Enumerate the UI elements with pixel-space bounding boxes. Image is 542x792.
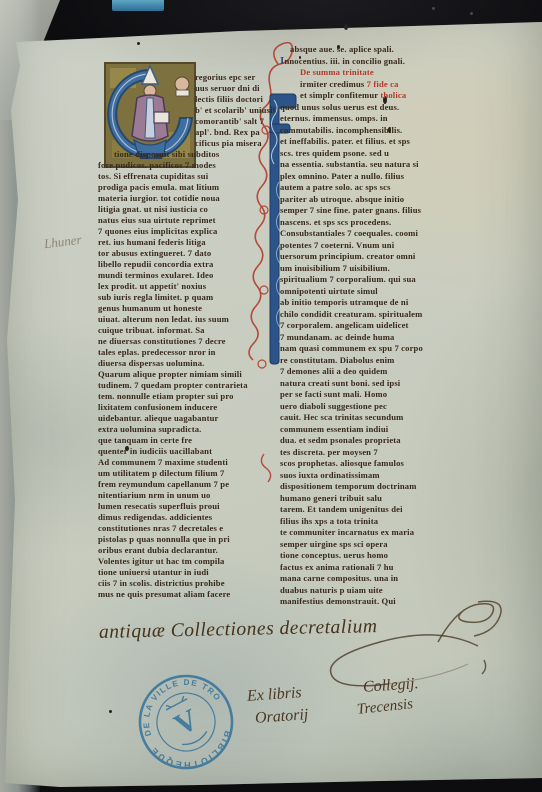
manuscript-line: 7 corporalem. angelicam uidelicet <box>280 320 440 332</box>
manuscript-line: uersorum principium. creator omni <box>280 251 440 263</box>
manuscript-line: scs. tres quidem psone. sed u <box>280 148 440 160</box>
ink-speck <box>344 24 348 30</box>
left-text-column: regorius epc seruus seruor dni dilectis … <box>98 72 270 600</box>
manuscript-line: Ad communem 7 maxime studenti <box>98 457 270 468</box>
manuscript-line: dispositionem temporum doctrinam <box>280 481 440 493</box>
manuscript-line: humano generi tribuit salu <box>280 493 440 505</box>
manuscript-line: commutabilis. incomphensibilis. <box>280 125 440 137</box>
manuscript-line: irmiter credimus 7 fide ca <box>300 79 440 91</box>
manuscript-line: pariter ab utroque. absque initio <box>280 194 440 206</box>
manuscript-line: tales eplas. predecessor nror in <box>98 347 270 358</box>
manuscript-line: manifestius demonstrauit. Qui <box>280 596 440 608</box>
manuscript-line: scos prophetas. aliosque famulos <box>280 458 440 470</box>
manuscript-line: nascens. et sps scs procedens. <box>280 217 440 229</box>
dust-speck <box>470 12 473 15</box>
manuscript-line: lixitatem confusionem inducere <box>98 402 270 413</box>
manuscript-line: uiuat. alterum non ledat. ius suum <box>98 314 270 325</box>
dust-speck <box>432 7 435 10</box>
manuscript-line: semper 7 sine fine. pater gnans. filius <box>280 205 440 217</box>
oval-flourish <box>318 632 498 712</box>
manuscript-line: um utilitatem p dilectum filium 7 <box>98 468 270 479</box>
manuscript-line: lex prodit. ut appetit' noxius <box>98 281 270 292</box>
manuscript-line: tarem. Et tandem unigenitus dei <box>280 504 440 516</box>
manuscript-line: comorantib' salt 7 <box>195 116 270 127</box>
manuscript-line: uus seruor dni di <box>195 83 270 94</box>
manuscript-line: extra uolumina supradicta. <box>98 424 270 435</box>
manuscript-line: prodiga pacis emula. mat litium <box>98 182 270 193</box>
manuscript-line: tem. nonnulle etiam propter sui pro <box>98 391 270 402</box>
manuscript-line: tudinem. 7 quedam propter contrarieta <box>98 380 270 391</box>
manuscript-line: Quarum alique propter nimiam simili <box>98 369 270 380</box>
manuscript-line: tos. Si effrenata cupiditas sui <box>98 171 270 182</box>
manuscript-line: uidebantur. alieque uagabantur <box>98 413 270 424</box>
manuscript-line: natus eius sua uirtute reprimet <box>98 215 270 226</box>
manuscript-line: De summa trinitate <box>300 67 440 79</box>
manuscript-line: libello repudii concordia extra <box>98 259 270 270</box>
manuscript-line: ciis 7 in scolis. districtius prohibe <box>98 578 270 589</box>
manuscript-line: et simplr confitemur tholica <box>300 90 440 102</box>
manuscript-line: constitutiones nras 7 decretales e <box>98 523 270 534</box>
manuscript-line: ret. ius humani federis litiga <box>98 237 270 248</box>
manuscript-line: communem essentiam indiui <box>280 424 440 436</box>
manuscript-line: quenter in iudiciis uacillabant <box>98 446 270 457</box>
manuscript-line: que tanquam in certe fre <box>98 435 270 446</box>
manuscript-line: re constitutam. Diabolus enim <box>280 355 440 367</box>
manuscript-line: eternus. immensus. omps. in <box>280 113 440 125</box>
manuscript-line: pistolas p quas nonnulla que in pri <box>98 534 270 545</box>
stamp-monogram: V <box>169 703 204 742</box>
manuscript-line: tione conceptus. uerus homo <box>280 550 440 562</box>
manuscript-line: cuique tribuat. informat. Sa <box>98 325 270 336</box>
manuscript-line: chilo condidit creaturam. spiritualem <box>280 309 440 321</box>
manuscript-line: genus humanum ut honeste <box>98 303 270 314</box>
manuscript-line: potentes 7 coeterni. Vnum uni <box>280 240 440 252</box>
manuscript-line: Consubstantiales 7 coequales. coomi <box>280 228 440 240</box>
manuscript-line: 7 demones alii a deo quidem <box>280 366 440 378</box>
manuscript-line: plex omnino. Pater a nullo. filius <box>280 171 440 183</box>
manuscript-line: cificus pia misera <box>195 138 270 149</box>
manuscript-line: lectis filiis doctori <box>195 94 270 105</box>
manuscript-line: suos iuxta ordinatissimam <box>280 470 440 482</box>
ex-libris-inscription-line1: Ex libris <box>246 684 302 706</box>
manuscript-line: tor abusus extingueret. 7 dato <box>98 248 270 259</box>
manuscript-line: tione disposuit sibi subditos <box>114 149 270 160</box>
manuscript-line: diuersa dispersas uolumina. <box>98 358 270 369</box>
manuscript-line: Volentes igitur ut hac tm compila <box>98 556 270 567</box>
ink-speck <box>137 42 140 45</box>
manuscript-line: et ineffabilis. pater. et filius. et sps <box>280 136 440 148</box>
manuscript-line: materia iurgior. tot cotidie noua <box>98 193 270 204</box>
manuscript-line: dua. et sedm psonales proprieta <box>280 435 440 447</box>
manuscript-line: per se facti sunt mali. Homo <box>280 389 440 401</box>
manuscript-line: nam quasi communem ex spu 7 corpo <box>280 343 440 355</box>
manuscript-line: absque aue. se. aplice spali. <box>290 44 440 56</box>
blue-bookmark-tab <box>112 0 164 11</box>
manuscript-line: ne diuersas constitutiones 7 decre <box>98 336 270 347</box>
manuscript-photo: regorius epc seruus seruor dni dilectis … <box>0 0 542 792</box>
manuscript-line: omnipotenti uirtute simul <box>280 286 440 298</box>
manuscript-line: um inuisibilium 7 uisibilium. <box>280 263 440 275</box>
manuscript-line: ab initio temporis utramque de ni <box>280 297 440 309</box>
manuscript-line: uero diaboli suggestione pec <box>280 401 440 413</box>
manuscript-line: sub iuris regla limitet. p quam <box>98 292 270 303</box>
manuscript-line: filius ihs xps a tota trinita <box>280 516 440 528</box>
manuscript-line: natura creati sunt boni. sed ipsi <box>280 378 440 390</box>
manuscript-line: semper uirgine sps sci opera <box>280 539 440 551</box>
manuscript-line: 7 quones eius implicitas explica <box>98 226 270 237</box>
manuscript-line: fore pudicos. pacificos 7 modes <box>98 160 270 171</box>
ink-speck <box>109 710 112 713</box>
ex-libris-inscription-line2: Oratorij <box>254 706 308 728</box>
manuscript-line: te communiter incarnatus ex maria <box>280 527 440 539</box>
manuscript-line: Innocentius. iii. in concilio gnali. <box>280 56 440 68</box>
manuscript-line: litigia gnat. ut nisi iusticia co <box>98 204 270 215</box>
manuscript-line: mus ne quis presumat aliam facere <box>98 589 270 600</box>
manuscript-line: 7 mundanam. ac deinde huma <box>280 332 440 344</box>
manuscript-line: frem reymundum capellanum 7 pe <box>98 479 270 490</box>
manuscript-line: autem a patre solo. ac sps scs <box>280 182 440 194</box>
manuscript-line: regorius epc ser <box>195 72 270 83</box>
manuscript-line: b' et scolarib' uniusis <box>195 105 270 116</box>
manuscript-line: apl'. bnd. Rex pa <box>195 127 270 138</box>
manuscript-line: dimus redigendas. addicientes <box>98 512 270 523</box>
manuscript-line: quod unus solus uerus est deus. <box>280 102 440 114</box>
manuscript-line: lumen resecatis superfluis proui <box>98 501 270 512</box>
manuscript-line: mana carne compositus. una in <box>280 573 440 585</box>
right-text-column: absque aue. se. aplice spali.Innocentius… <box>280 44 440 608</box>
manuscript-line: spiritualium 7 corporalium. qui sua <box>280 274 440 286</box>
library-stamp: DE LA VILLE DE TROYES BIBLIOTHEQUE V <box>136 672 236 772</box>
manuscript-line: factus ex anima rationali 7 hu <box>280 562 440 574</box>
manuscript-line: tione uniuersi utantur in iudi <box>98 567 270 578</box>
manuscript-line: tes discreta. per moysen 7 <box>280 447 440 459</box>
manuscript-line: cauit. Hec sca trinitas secundum <box>280 412 440 424</box>
manuscript-line: na essentia. substantia. seu natura si <box>280 159 440 171</box>
manuscript-line: nitentiarium nrm in unum uo <box>98 490 270 501</box>
manuscript-line: duabus naturis p uiam uite <box>280 585 440 597</box>
manuscript-line: oribus erant dubia declarantur. <box>98 545 270 556</box>
manuscript-line: mundi terminos exularet. Ideo <box>98 270 270 281</box>
